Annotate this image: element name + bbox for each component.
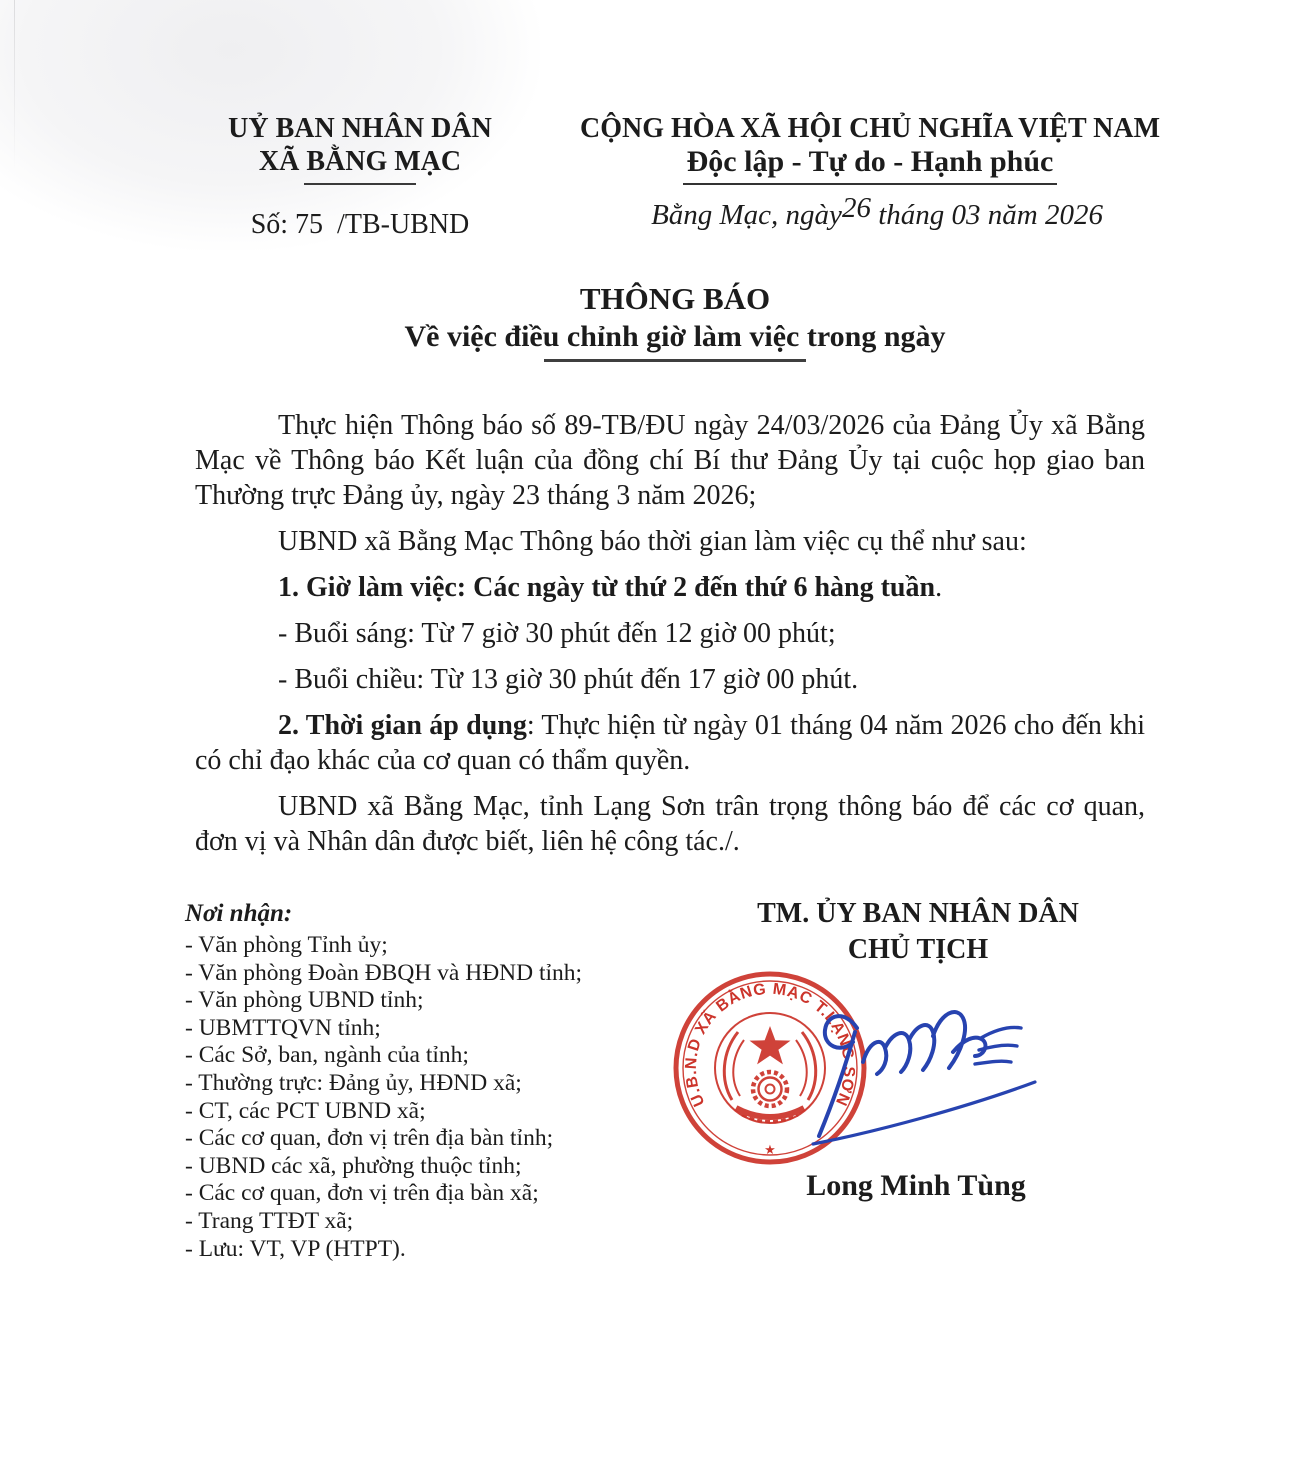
national-emblem-icon — [724, 1026, 815, 1122]
title-block: THÔNG BÁO Về việc điều chỉnh giờ làm việ… — [295, 281, 1055, 362]
doc-number: Số: 75 /TB-UBND — [210, 209, 510, 241]
signing-authority: TM. ỦY BAN NHÂN DÂN — [740, 897, 1096, 931]
recipients-list: - Văn phòng Tỉnh ủy; - Văn phòng Đoàn ĐB… — [185, 932, 685, 1263]
issue-date-day: 26 — [842, 192, 871, 224]
handwritten-signature — [805, 1000, 1045, 1156]
recipient-item: - Các cơ quan, đơn vị trên địa bàn tỉnh; — [185, 1125, 685, 1153]
org-underline — [304, 183, 416, 185]
org-name-line2: XÃ BẰNG MẠC — [210, 145, 510, 178]
work-hours-heading: 1. Giờ làm việc: Các ngày từ thứ 2 đến t… — [278, 572, 935, 603]
doc-title: THÔNG BÁO — [295, 281, 1055, 317]
document-page: UỶ BAN NHÂN DÂN XÃ BẰNG MẠC Số: 75 /TB-U… — [0, 0, 1290, 1473]
seal-star-separator: ★ — [764, 1142, 776, 1157]
paragraph-closing: UBND xã Bằng Mạc, tỉnh Lạng Sơn trân trọ… — [195, 789, 1145, 859]
recipient-item: - CT, các PCT UBND xã; — [185, 1098, 685, 1126]
paragraph-work-hours: 1. Giờ làm việc: Các ngày từ thứ 2 đến t… — [195, 570, 1145, 605]
paragraph-morning: - Buổi sáng: Từ 7 giờ 30 phút đến 12 giờ… — [195, 616, 1145, 651]
issue-date-prefix: Bằng Mạc, ngày — [651, 199, 842, 231]
signer-title: CHỦ TỊCH — [740, 933, 1096, 967]
doc-subject: Về việc điều chỉnh giờ làm việc trong ng… — [295, 319, 1055, 355]
recipients-label: Nơi nhận: — [185, 900, 685, 928]
issue-date: Bằng Mạc, ngày26 tháng 03 năm 2026 — [569, 199, 1185, 232]
paragraph-afternoon: - Buổi chiều: Từ 13 giờ 30 phút đến 17 g… — [195, 662, 1145, 697]
document-body: Thực hiện Thông báo số 89-TB/ĐU ngày 24/… — [195, 408, 1145, 870]
signature-block: TM. ỦY BAN NHÂN DÂN CHỦ TỊCH — [740, 897, 1096, 967]
national-motto-line2: Độc lập - Tự do - Hạnh phúc — [683, 145, 1058, 185]
recipient-item: - Lưu: VT, VP (HTPT). — [185, 1236, 685, 1264]
paragraph-apply-time: 2. Thời gian áp dụng: Thực hiện từ ngày … — [195, 708, 1145, 778]
recipient-item: - Các Sở, ban, ngành của tỉnh; — [185, 1042, 685, 1070]
recipient-item: - Thường trực: Đảng ủy, HĐND xã; — [185, 1070, 685, 1098]
org-name-line1: UỶ BAN NHÂN DÂN — [210, 112, 510, 145]
paragraph-basis: Thực hiện Thông báo số 89-TB/ĐU ngày 24/… — [195, 408, 1145, 513]
national-header-block: CỘNG HÒA XÃ HỘI CHỦ NGHĨA VIỆT NAM Độc l… — [555, 112, 1185, 232]
issuing-org-block: UỶ BAN NHÂN DÂN XÃ BẰNG MẠC Số: 75 /TB-U… — [210, 112, 510, 241]
recipient-item: - Văn phòng Đoàn ĐBQH và HĐND tỉnh; — [185, 960, 685, 988]
paragraph-announce: UBND xã Bằng Mạc Thông báo thời gian làm… — [195, 524, 1145, 559]
national-motto-line1: CỘNG HÒA XÃ HỘI CHỦ NGHĨA VIỆT NAM — [555, 112, 1185, 145]
recipient-item: - Văn phòng Tỉnh ủy; — [185, 932, 685, 960]
scan-edge-line — [14, 0, 15, 170]
issue-date-suffix: tháng 03 năm 2026 — [871, 199, 1103, 231]
subject-underline — [544, 359, 806, 362]
recipient-item: - Văn phòng UBND tỉnh; — [185, 987, 685, 1015]
work-hours-tail: . — [935, 572, 942, 603]
recipient-item: - Trang TTĐT xã; — [185, 1208, 685, 1236]
apply-time-heading: 2. Thời gian áp dụng — [278, 710, 527, 741]
recipients-block: Nơi nhận: - Văn phòng Tỉnh ủy; - Văn phò… — [185, 900, 685, 1263]
recipient-item: - Các cơ quan, đơn vị trên địa bàn xã; — [185, 1180, 685, 1208]
recipient-item: - UBND các xã, phường thuộc tỉnh; — [185, 1153, 685, 1181]
recipient-item: - UBMTTQVN tỉnh; — [185, 1015, 685, 1043]
signer-name: Long Minh Tùng — [766, 1168, 1066, 1204]
